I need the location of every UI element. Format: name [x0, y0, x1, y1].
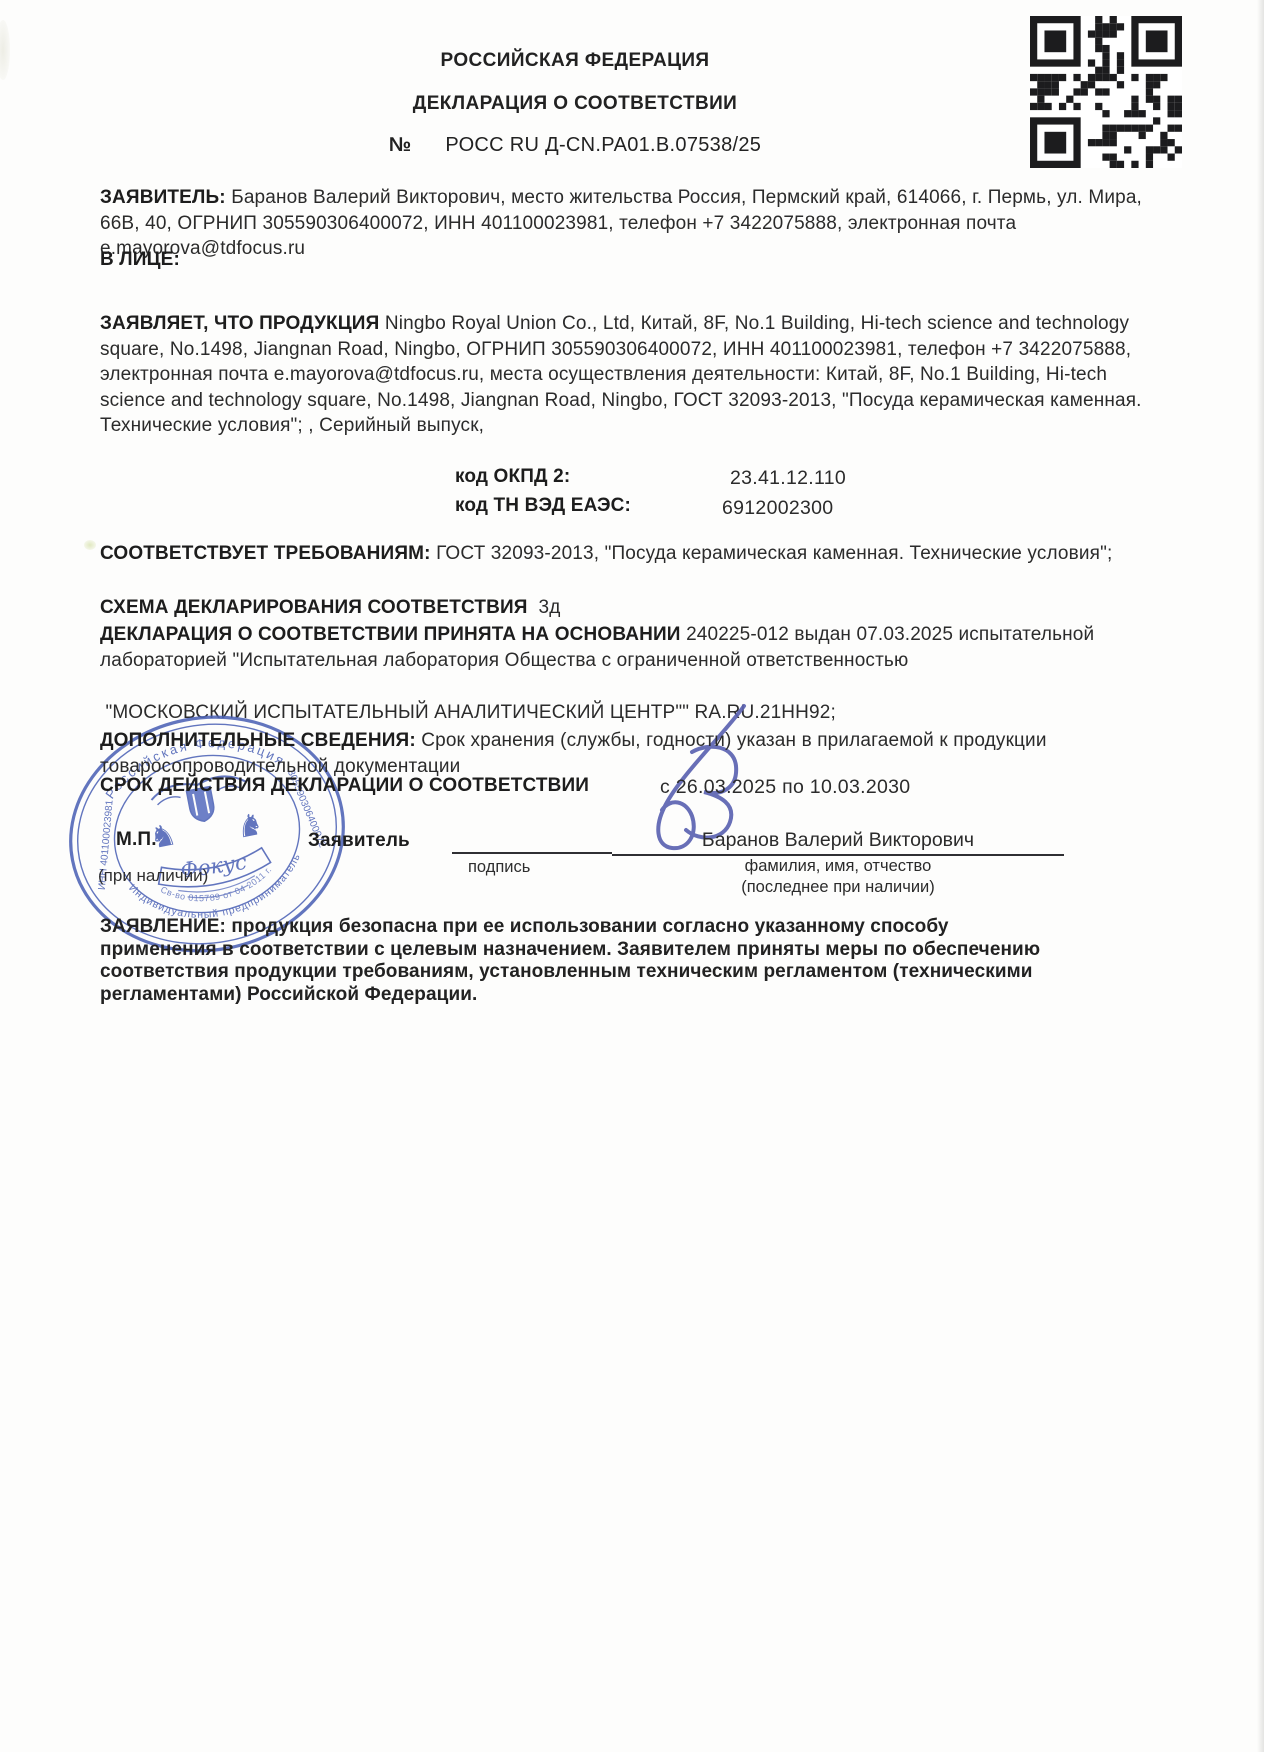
product-paragraph: ЗАЯВЛЯЕТ, ЧТО ПРОДУКЦИЯ Ningbo Royal Uni… [100, 311, 1148, 439]
okpd-label: код ОКПД 2: [455, 466, 570, 488]
basis-paragraph: ДЕКЛАРАЦИЯ О СООТВЕТСТВИИ ПРИНЯТА НА ОСН… [100, 622, 1148, 673]
validity-value: с 26.03.2025 по 10.03.2030 [660, 776, 910, 799]
additional-label: ДОПОЛНИТЕЛЬНЫЕ СВЕДЕНИЯ: [100, 730, 416, 751]
tnved-value: 6912002300 [722, 497, 833, 520]
basis-label: ДЕКЛАРАЦИЯ О СООТВЕТСТВИИ ПРИНЯТА НА ОСН… [100, 624, 681, 645]
page-title: ДЕКЛАРАЦИЯ О СООТВЕТСТВИИ [100, 93, 1050, 115]
basis-lab-line: "МОСКОВСКИЙ ИСПЫТАТЕЛЬНЫЙ АНАЛИТИЧЕСКИЙ … [100, 700, 1148, 726]
complies-paragraph: СООТВЕТСТВУЕТ ТРЕБОВАНИЯМ: ГОСТ 32093-20… [100, 541, 1148, 567]
okpd-value: 23.41.12.110 [730, 467, 846, 490]
scheme-label: СХЕМА ДЕКЛАРИРОВАНИЯ СООТВЕТСТВИЯ [100, 597, 528, 618]
statement-paragraph: ЗАЯВЛЕНИЕ: продукция безопасна при ее ис… [100, 916, 1045, 1006]
scan-edge-shadow [1257, 0, 1264, 1752]
complies-text: ГОСТ 32093-2013, "Посуда керамическая ка… [436, 543, 1112, 564]
name-caption-2: (последнее при наличии) [612, 877, 1064, 898]
signature-line [452, 829, 612, 854]
statement-text: продукция безопасна при ее использовании… [100, 916, 1040, 1005]
complies-label: СООТВЕТСТВУЕТ ТРЕБОВАНИЯМ: [100, 543, 431, 564]
validity-label: СРОК ДЕЙСТВИЯ ДЕКЛАРАЦИИ О СООТВЕТСТВИИ [100, 775, 589, 797]
signatory-name-block: Баранов Валерий Викторович фамилия, имя,… [612, 829, 1064, 898]
scheme-value: 3д [538, 597, 560, 618]
applicant-label: ЗАЯВИТЕЛЬ: [100, 187, 226, 208]
applicant-role-label: Заявитель [308, 830, 410, 852]
name-caption-1: фамилия, имя, отчество [612, 856, 1064, 877]
declaration-document: РОССИЙСКАЯ ФЕДЕРАЦИЯ ДЕКЛАРАЦИЯ О СООТВЕ… [0, 0, 1264, 1752]
scheme-line: СХЕМА ДЕКЛАРИРОВАНИЯ СООТВЕТСТВИЯ 3д [100, 595, 1148, 621]
additional-paragraph: ДОПОЛНИТЕЛЬНЫЕ СВЕДЕНИЯ: Срок хранения (… [100, 728, 1148, 779]
number-sign: № [389, 134, 412, 156]
scan-smudge [0, 20, 10, 80]
declares-label: ЗАЯВЛЯЕТ, ЧТО ПРОДУКЦИЯ [100, 313, 379, 334]
qr-code-icon [1030, 16, 1182, 168]
declaration-number: РОСС RU Д-CN.РА01.В.07538/25 [445, 134, 761, 156]
signature-caption: подпись [468, 858, 530, 877]
declaration-number-line: №РОСС RU Д-CN.РА01.В.07538/25 [100, 134, 1050, 157]
applicant-text: Баранов Валерий Викторович, место житель… [100, 187, 1142, 259]
mp-note: (при наличии) [98, 866, 208, 886]
tnved-label: код ТН ВЭД ЕАЭС: [455, 495, 631, 517]
mp-label: М.П. [116, 829, 157, 851]
applicant-paragraph: ЗАЯВИТЕЛЬ: Баранов Валерий Викторович, м… [100, 185, 1148, 262]
basis-lab-name: "МОСКОВСКИЙ ИСПЫТАТЕЛЬНЫЙ АНАЛИТИЧЕСКИЙ … [105, 702, 835, 723]
in-person-label: В ЛИЦЕ: [100, 249, 180, 271]
scan-smudge [84, 540, 96, 550]
stamp-horse-right-icon: ♞ [233, 807, 266, 845]
country-header: РОССИЙСКАЯ ФЕДЕРАЦИЯ [100, 50, 1050, 72]
statement-label: ЗАЯВЛЕНИЕ: [100, 916, 226, 937]
signatory-name: Баранов Валерий Викторович [612, 829, 1064, 852]
